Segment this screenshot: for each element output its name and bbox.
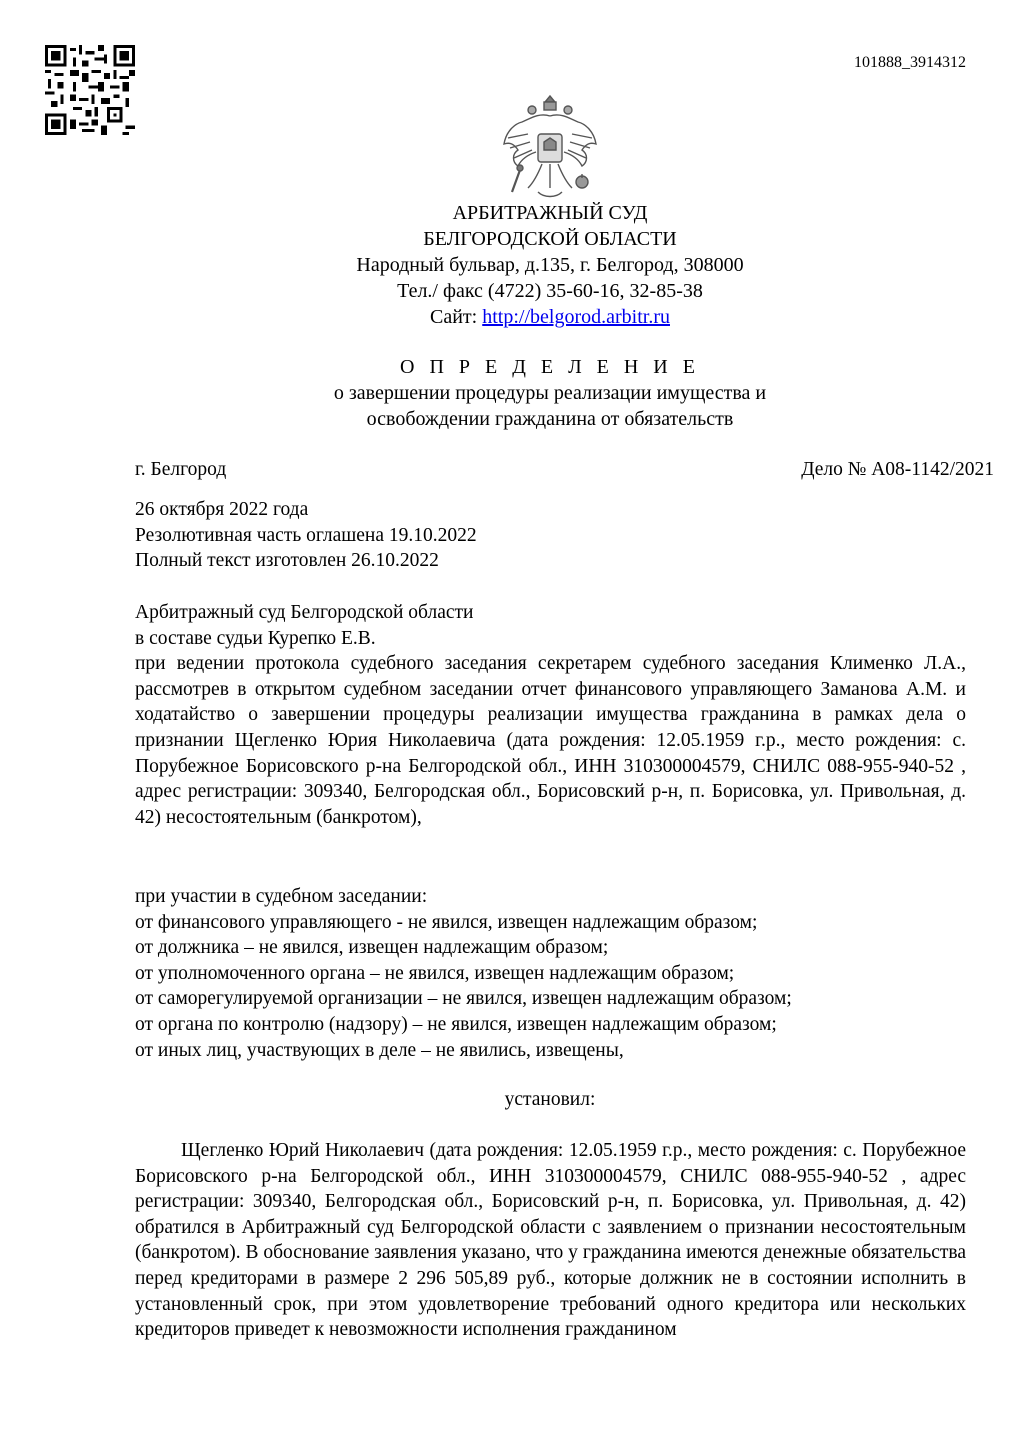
dates-block: 26 октября 2022 года Резолютивная часть … [135, 497, 966, 574]
site-label: Сайт: [430, 306, 482, 328]
court-address: Народный бульвар, д.135, г. Белгород, 30… [0, 252, 1034, 278]
court-line1: Арбитражный суд Белгородской области [135, 600, 966, 626]
participation-intro: при участии в судебном заседании: [135, 884, 966, 910]
established-heading: установил: [0, 1087, 1034, 1113]
participation-item: от финансового управляющего - не явился,… [135, 910, 966, 936]
court-paragraph: при ведении протокола судебного заседани… [135, 651, 966, 830]
body-paragraph: Щегленко Юрий Николаевич (дата рождения:… [135, 1138, 966, 1343]
site-link[interactable]: http://belgorod.arbitr.ru [482, 306, 670, 328]
body-paragraph-block: Щегленко Юрий Николаевич (дата рождения:… [135, 1138, 966, 1343]
full-text-made: Полный текст изготовлен 26.10.2022 [135, 548, 966, 574]
court-composition: Арбитражный суд Белгородской области в с… [135, 600, 966, 830]
participation-block: при участии в судебном заседании: от фин… [135, 884, 966, 1063]
qr-code-icon [45, 45, 135, 135]
title-heading: О П Р Е Д Е Л Е Н И Е [0, 354, 1034, 380]
participation-item: от органа по контролю (надзору) – не яви… [135, 1012, 966, 1038]
city: г. Белгород [135, 457, 226, 483]
court-name-line2: БЕЛГОРОДСКОЙ ОБЛАСТИ [0, 226, 1034, 252]
document-id: 101888_3914312 [854, 54, 966, 72]
participation-item: от должника – не явился, извещен надлежа… [135, 935, 966, 961]
decision-date: 26 октября 2022 года [135, 497, 966, 523]
court-name-line1: АРБИТРАЖНЫЙ СУД [0, 200, 1034, 226]
document-title: О П Р Е Д Е Л Е Н И Е о завершении проце… [0, 354, 1034, 432]
participation-item: от саморегулируемой организации – не яви… [135, 986, 966, 1012]
court-header: АРБИТРАЖНЫЙ СУД БЕЛГОРОДСКОЙ ОБЛАСТИ Нар… [0, 200, 1034, 330]
coat-of-arms-icon [498, 92, 602, 202]
title-subtitle-line2: освобождении гражданина от обязательств [0, 406, 1034, 432]
participation-item: от иных лиц, участвующих в деле – не яви… [135, 1038, 966, 1064]
participation-item: от уполномоченного органа – не явился, и… [135, 961, 966, 987]
court-line2: в составе судьи Курепко Е.В. [135, 626, 966, 652]
city-case-row: г. Белгород Дело № А08-1142/2021 [135, 457, 994, 483]
case-number: Дело № А08-1142/2021 [801, 457, 994, 483]
title-subtitle-line1: о завершении процедуры реализации имущес… [0, 380, 1034, 406]
court-phone: Тел./ факс (4722) 35-60-16, 32-85-38 [0, 278, 1034, 304]
court-site: Сайт: http://belgorod.arbitr.ru [0, 304, 1034, 330]
resolution-announced: Резолютивная часть оглашена 19.10.2022 [135, 523, 966, 549]
